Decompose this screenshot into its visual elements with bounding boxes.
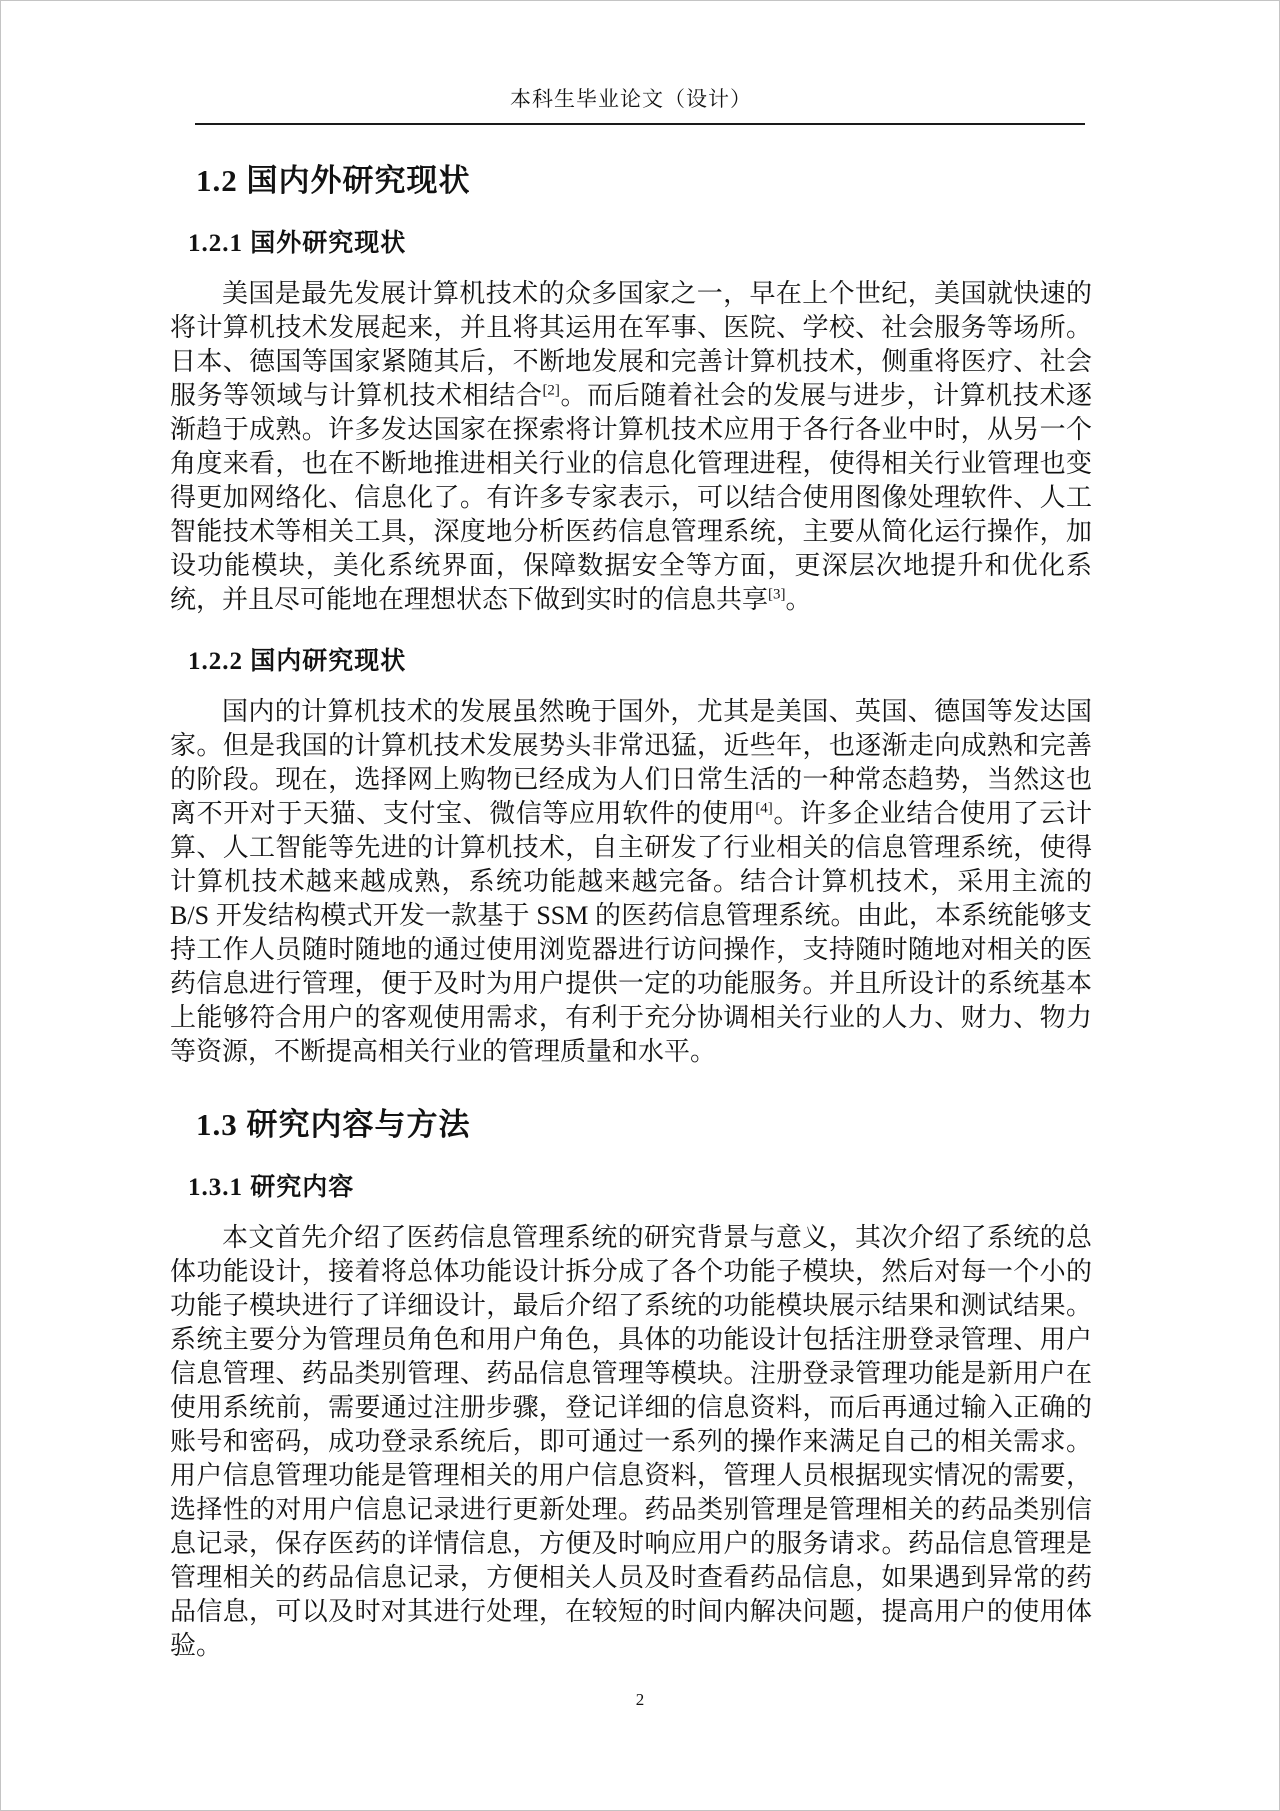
header-divider-rule — [195, 123, 1085, 125]
running-head-title: 本科生毕业论文（设计） — [170, 87, 1092, 111]
section-heading: 1.3 研究内容与方法 — [196, 1107, 1092, 1143]
subsection-heading: 1.2.2 国内研究现状 — [188, 647, 1092, 677]
body-paragraph: 国内的计算机技术的发展虽然晚于国外，尤其是美国、英国、德国等发达国家。但是我国的… — [170, 695, 1092, 1069]
body-paragraph: 本文首先介绍了医药信息管理系统的研究背景与意义，其次介绍了系统的总体功能设计，接… — [170, 1221, 1092, 1663]
citation-ref: [4] — [755, 800, 773, 816]
paragraph-text: 。而后随着社会的发展与进步，计算机技术逐渐趋于成熟。许多发达国家在探索将计算机技… — [170, 381, 1092, 614]
subsection-heading: 1.3.1 研究内容 — [188, 1173, 1092, 1203]
subsection-heading: 1.2.1 国外研究现状 — [188, 229, 1092, 259]
paragraph-text: 。 — [786, 585, 812, 614]
section-heading: 1.2 国内外研究现状 — [196, 163, 1092, 199]
citation-ref: [3] — [768, 586, 786, 602]
paragraph-text: 本文首先介绍了医药信息管理系统的研究背景与意义，其次介绍了系统的总体功能设计，接… — [170, 1223, 1092, 1660]
page-header: 本科生毕业论文（设计） — [170, 1, 1092, 125]
page-footer: 2 — [1, 1690, 1279, 1710]
page-number: 2 — [636, 1690, 645, 1709]
document-body: 1.2 国内外研究现状1.2.1 国外研究现状美国是最先发展计算机技术的众多国家… — [170, 163, 1092, 1663]
citation-ref: [2] — [542, 382, 560, 398]
text-column: 本科生毕业论文（设计） 1.2 国内外研究现状1.2.1 国外研究现状美国是最先… — [170, 1, 1092, 1663]
paragraph-text: 。许多企业结合使用了云计算、人工智能等先进的计算机技术，自主研发了行业相关的信息… — [170, 799, 1092, 1066]
body-paragraph: 美国是最先发展计算机技术的众多国家之一，早在上个世纪，美国就快速的将计算机技术发… — [170, 277, 1092, 617]
document-page: 本科生毕业论文（设计） 1.2 国内外研究现状1.2.1 国外研究现状美国是最先… — [0, 0, 1280, 1811]
